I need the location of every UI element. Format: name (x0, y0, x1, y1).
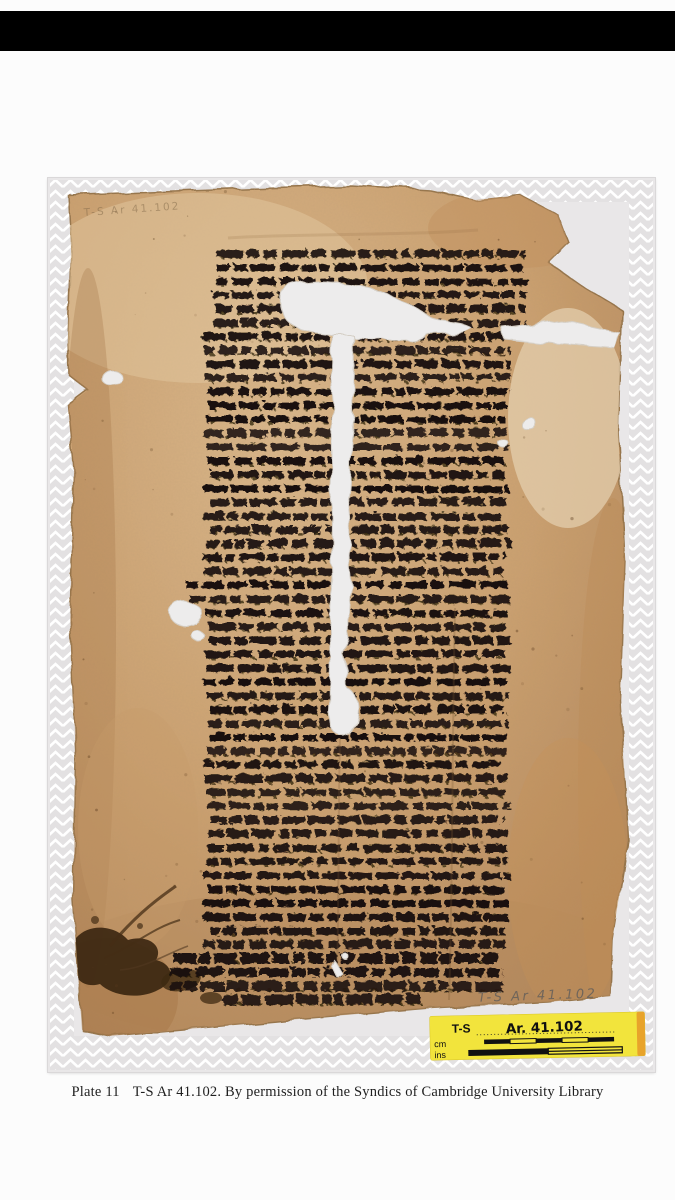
scale-ruler: T-S ....................................… (430, 1012, 646, 1060)
manuscript-plate: T-S Ar 41.102 T-S Ar 41.102 T-S ........… (48, 178, 655, 1072)
ruler-orange-tab (637, 1012, 646, 1056)
manuscript-photo: T-S Ar 41.102 T-S Ar 41.102 T-S ........… (48, 178, 655, 1072)
ruler-cm-label: cm (434, 1039, 446, 1049)
top-black-bar (0, 11, 675, 51)
ruler-classmark-handwritten: Ar. 41.102 (506, 1018, 584, 1037)
ruler-ins-label: ins (434, 1050, 446, 1060)
plate-caption: Plate 11T-S Ar 41.102. By permission of … (0, 1084, 675, 1101)
ruler-series-label: T-S (452, 1021, 471, 1035)
plate-number: Plate 11 (72, 1084, 120, 1100)
caption-text: T-S Ar 41.102. By permission of the Synd… (133, 1084, 604, 1100)
